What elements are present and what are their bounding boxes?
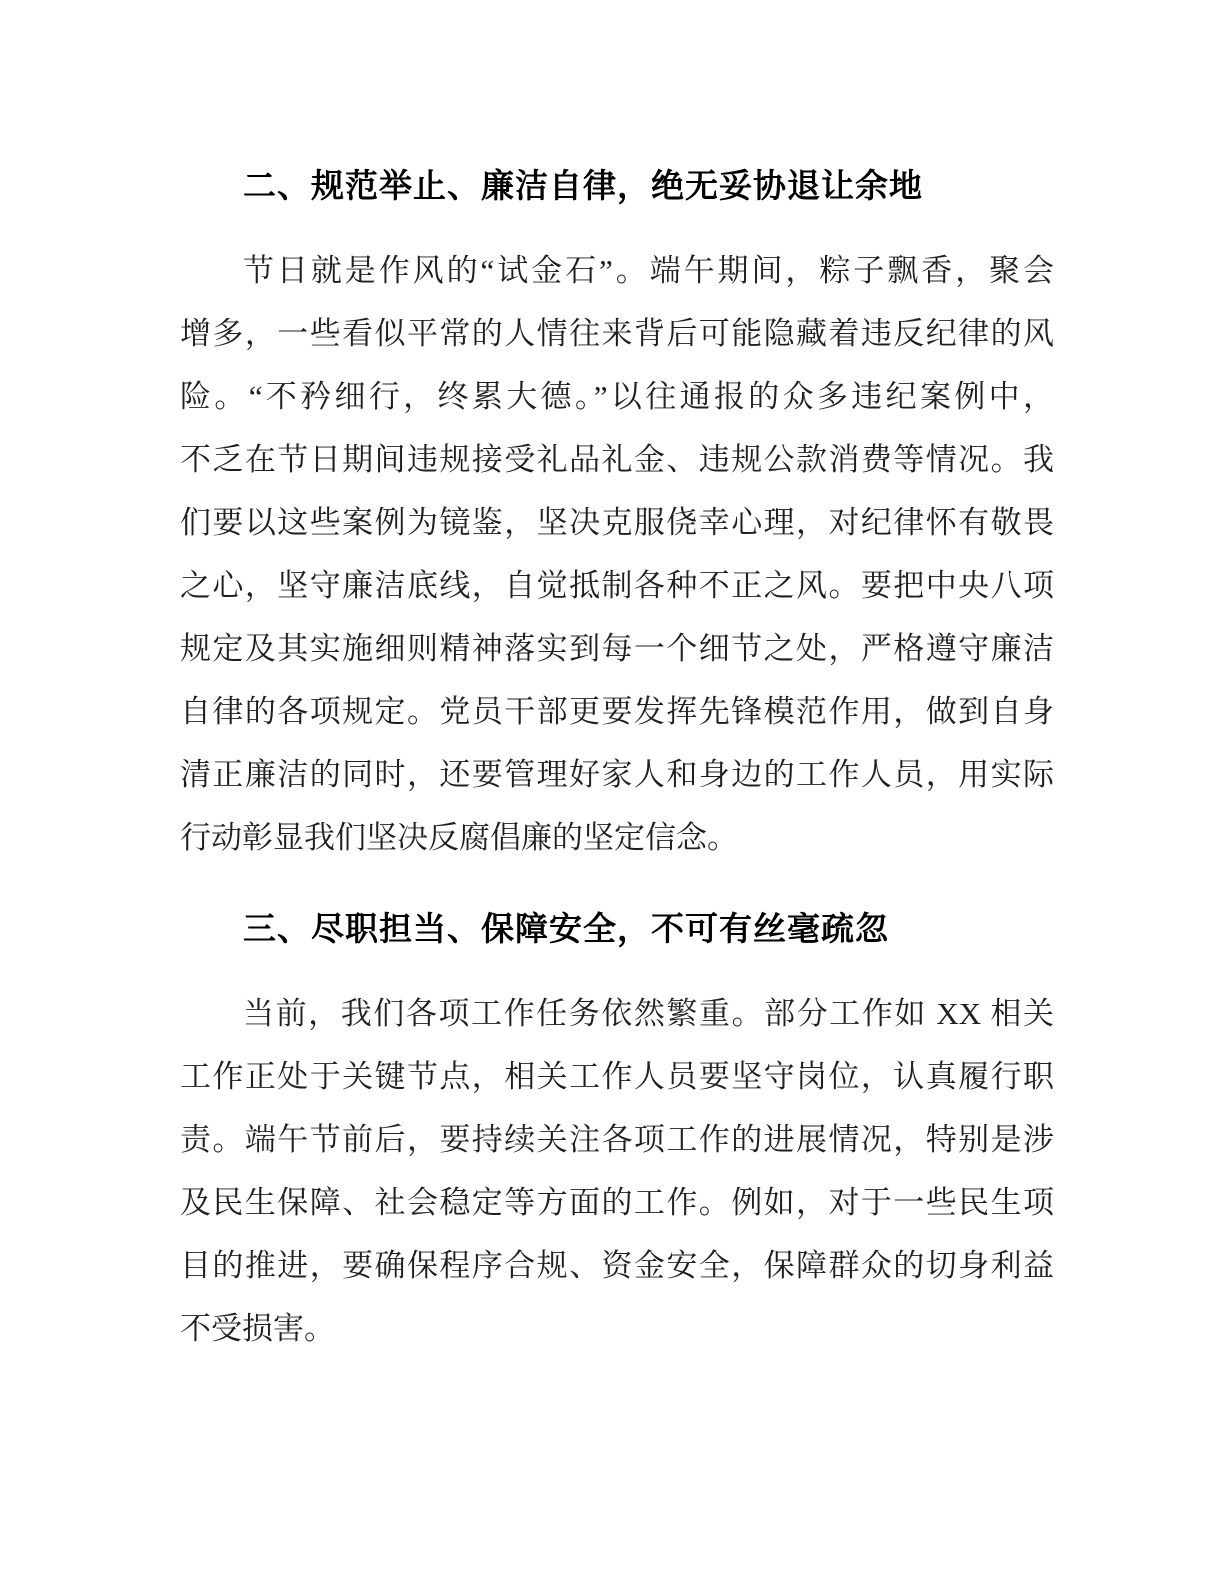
section-heading-2: 二、规范举止、廉洁自律，绝无妥协退让余地	[180, 154, 1054, 217]
section-heading-3: 三、尽职担当、保障安全，不可有丝毫疏忽	[180, 897, 1054, 960]
text-line: 险。“不矜细行，终累大德。”以往通报的众多违纪案例中，	[180, 365, 1054, 428]
document-body: { "page": { "background_color": "#ffffff…	[0, 0, 1224, 1584]
text-line: 清正廉洁的同时，还要管理好家人和身边的工作人员，用实际	[180, 743, 1054, 806]
text-line: 不受损害。	[180, 1297, 1054, 1360]
text-line: 自律的各项规定。党员干部更要发挥先锋模范作用，做到自身	[180, 680, 1054, 743]
text-line: 行动彰显我们坚决反腐倡廉的坚定信念。	[180, 806, 1054, 869]
text-line: 不乏在节日期间违规接受礼品礼金、违规公款消费等情况。我	[180, 428, 1054, 491]
text-line: 之心，坚守廉洁底线，自觉抵制各种不正之风。要把中央八项	[180, 554, 1054, 617]
text-line: 责。端午节前后，要持续关注各项工作的进展情况，特别是涉	[180, 1108, 1054, 1171]
text-line: 们要以这些案例为镜鉴，坚决克服侥幸心理，对纪律怀有敬畏	[180, 491, 1054, 554]
paragraph-section-2: 节日就是作风的“试金石”。端午期间，粽子飘香，聚会增多，一些看似平常的人情往来背…	[180, 239, 1054, 869]
document-page: 二、规范举止、廉洁自律，绝无妥协退让余地节日就是作风的“试金石”。端午期间，粽子…	[0, 0, 1224, 1584]
text-line: 当前，我们各项工作任务依然繁重。部分工作如 XX 相关	[180, 982, 1054, 1045]
text-line: 增多，一些看似平常的人情往来背后可能隐藏着违反纪律的风	[180, 302, 1054, 365]
text-line: 目的推进，要确保程序合规、资金安全，保障群众的切身利益	[180, 1234, 1054, 1297]
text-line: 规定及其实施细则精神落实到每一个细节之处，严格遵守廉洁	[180, 617, 1054, 680]
paragraph-section-3: 当前，我们各项工作任务依然繁重。部分工作如 XX 相关工作正处于关键节点，相关工…	[180, 982, 1054, 1360]
text-line: 及民生保障、社会稳定等方面的工作。例如，对于一些民生项	[180, 1171, 1054, 1234]
text-line: 节日就是作风的“试金石”。端午期间，粽子飘香，聚会	[180, 239, 1054, 302]
text-line: 工作正处于关键节点，相关工作人员要坚守岗位，认真履行职	[180, 1045, 1054, 1108]
